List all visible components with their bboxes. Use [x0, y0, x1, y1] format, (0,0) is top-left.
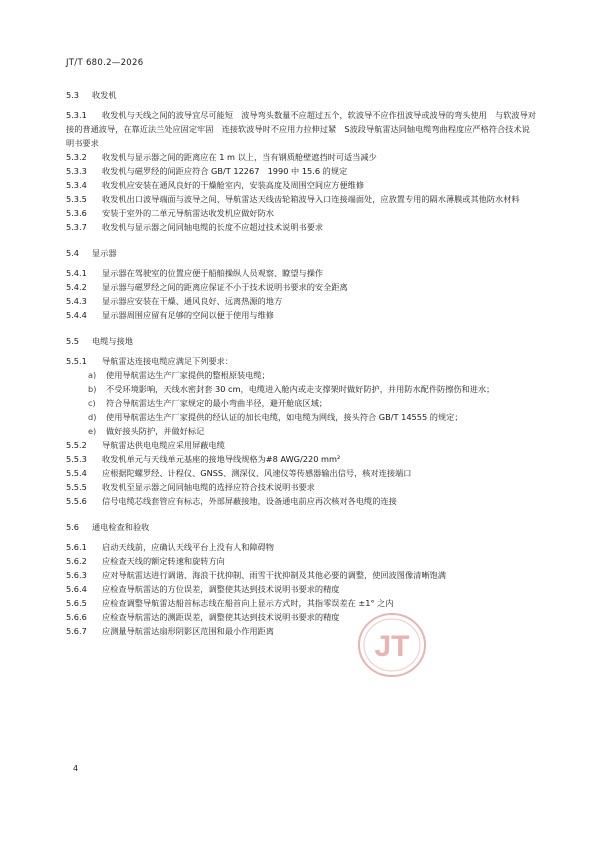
document-code: JT/T 680.2—2026 — [66, 58, 143, 68]
list-item: e)做好接头防护，并做好标记 — [66, 424, 536, 438]
section-heading: 5.5电缆与接地 — [66, 334, 536, 348]
clause: 5.3.6安装于室外的二单元导航雷达收发机应做好防水 — [66, 206, 536, 220]
clause: 5.3.2收发机与显示器之间的距离应在 1 m 以上，当有钢质舱壁遮挡时可适当减… — [66, 150, 536, 164]
clause: 5.6.3应对导航雷达进行调谐、海浪干扰抑制、雨雪干扰抑制及其他必要的调整，使回… — [66, 568, 536, 582]
clause: 5.4.3显示器应安装在干燥、通风良好、远离热源的地方 — [66, 294, 536, 308]
clause: 5.6.5应检查调整导航雷达船首标志线在船首向上显示方式时，其指零误差在 ±1°… — [66, 596, 536, 610]
clause: 5.3.3收发机与磁罗经的间距应符合 GB/T 12267 1990 中 15.… — [66, 164, 536, 178]
svg-text:JT: JT — [374, 630, 409, 663]
clause: 5.3.7收发机与显示器之间同轴电缆的长度不应超过技术说明书要求 — [66, 220, 536, 234]
clause: 5.6.6应检查导航雷达的测距误差，调整使其达到技术说明书要求的精度 — [66, 610, 536, 624]
jt-watermark-logo-icon: JT — [357, 610, 427, 680]
section-heading: 5.3收发机 — [66, 88, 536, 102]
clause: 5.5.5收发机至显示器之间同轴电缆的选择应符合技术说明书要求 — [66, 480, 536, 494]
clause: 5.5.1导航雷达连接电缆应满足下列要求： — [66, 354, 536, 368]
clause: 5.3.1收发机与天线之间的波导宜尽可能短 波导弯头数量不应超过五个，软波导不应… — [66, 108, 536, 150]
list-item: c)符合导航雷达生产厂家规定的最小弯曲半径，避开舱底区域； — [66, 396, 536, 410]
list-item: d)使用导航雷达生产厂家提供的经认证的加长电缆，如电缆为网线，接头符合 GB/T… — [66, 410, 536, 424]
section-heading: 5.4显示器 — [66, 246, 536, 260]
clause: 5.6.2应检查天线的额定转速和旋转方向 — [66, 554, 536, 568]
clause: 5.5.6信号电缆芯线套管应有标志，外部屏蔽接地，设备通电前应再次核对各电缆的连… — [66, 494, 536, 508]
list-item: a)使用导航雷达生产厂家提供的整根原装电缆； — [66, 368, 536, 382]
clause: 5.6.1启动天线前，应确认天线平台上没有人和障碍物 — [66, 540, 536, 554]
page-number: 4 — [73, 764, 78, 773]
document-page: JT/T 680.2—2026 5.3收发机 5.3.1收发机与天线之间的波导宜… — [0, 0, 596, 842]
clause: 5.5.4应根据陀螺罗经、计程仪、GNSS、测深仪、风速仪等传感器输出信号，核对… — [66, 466, 536, 480]
section-heading: 5.6通电检查和验收 — [66, 520, 536, 534]
clause: 5.3.4收发机应安装在通风良好的干燥舱室内，安装高度及周围空间应方便维修 — [66, 178, 536, 192]
document-body: 5.3收发机 5.3.1收发机与天线之间的波导宜尽可能短 波导弯头数量不应超过五… — [66, 88, 536, 638]
list-item: b)不受环境影响，天线水密封套 30 cm，电缆进入舱内或走支撑架时做好防护，并… — [66, 382, 536, 396]
clause: 5.6.7应测量导航雷达扇形阴影区范围和最小作用距离 — [66, 624, 536, 638]
clause: 5.4.4显示器周围应留有足够的空间以便于使用与维修 — [66, 308, 536, 322]
clause: 5.5.2导航雷达供电电缆应采用屏蔽电缆 — [66, 438, 536, 452]
clause: 5.4.1显示器在驾驶室的位置应便于船舶操纵人员观察、瞭望与操作 — [66, 266, 536, 280]
clause: 5.5.3收发机单元与天线单元基座的接地导线规格为#8 AWG/220 mm² — [66, 452, 536, 466]
clause: 5.4.2显示器与磁罗经之间的距离应保证不小于技术说明书要求的安全距离 — [66, 280, 536, 294]
clause: 5.6.4应检查导航雷达的方位误差，调整使其达到技术说明书要求的精度 — [66, 582, 536, 596]
clause: 5.3.5收发机出口波导端面与波导之间、导航雷达天线齿轮箱波导入口连接端面处，应… — [66, 192, 536, 206]
